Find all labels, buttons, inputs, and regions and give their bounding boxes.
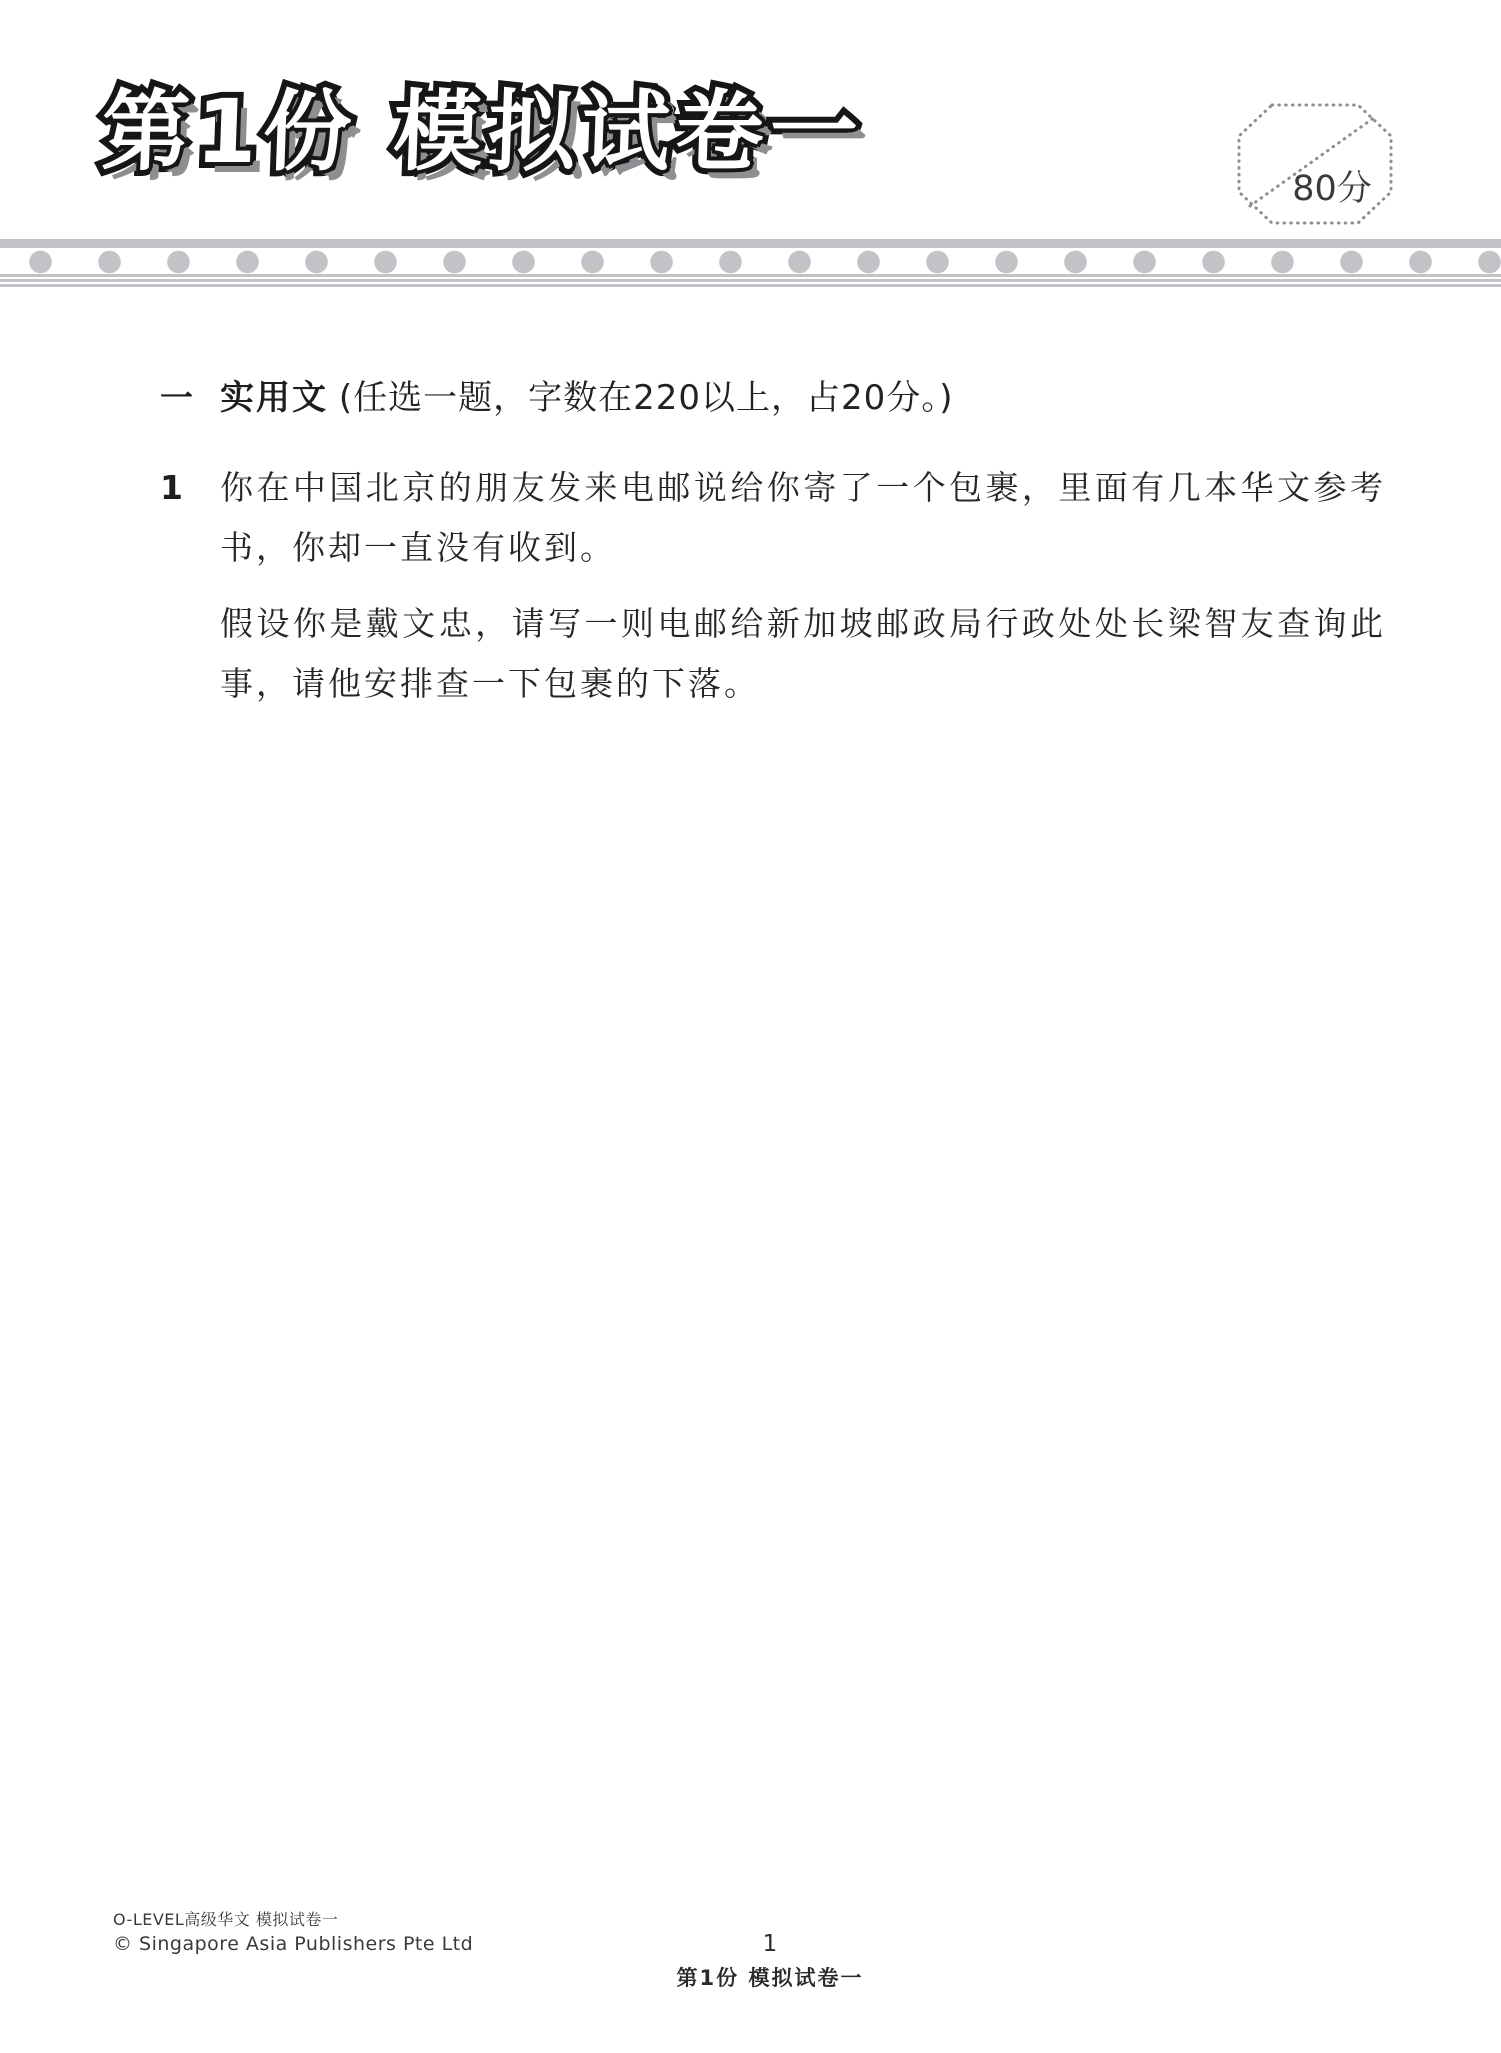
- page-title: 第1份 模拟试卷一: [100, 62, 866, 188]
- footer-section-label: 第1份 模拟试卷一: [677, 1962, 864, 1992]
- score-badge-label: 80分: [1292, 169, 1372, 209]
- section-number: 一: [160, 368, 220, 428]
- question-text: 你在中国北京的朋友发来电邮说给你寄了一个包裹，里面有几本华文参考书，你却一直没有…: [220, 458, 1386, 714]
- section-heading: 实用文 (任选一题，字数在220以上，占20分。): [220, 368, 954, 428]
- question-1: 1 你在中国北京的朋友发来电邮说给你寄了一个包裹，里面有几本华文参考书，你却一直…: [160, 458, 1386, 714]
- footer-copyright: © Singapore Asia Publishers Pte Ltd: [113, 1932, 473, 1956]
- footer-book-title: O-LEVEL高级华文 模拟试卷一: [113, 1908, 473, 1932]
- film-strip-bottom-stripes: [0, 274, 1501, 288]
- main-content: 一 实用文 (任选一题，字数在220以上，占20分。) 1 你在中国北京的朋友发…: [160, 368, 1386, 714]
- section-heading-title: 实用文: [220, 378, 328, 418]
- footer-left: O-LEVEL高级华文 模拟试卷一 © Singapore Asia Publi…: [113, 1908, 473, 1956]
- score-badge-outline-icon: 80分: [1234, 100, 1396, 228]
- film-strip-top-bar: [0, 239, 1501, 248]
- question-number: 1: [160, 458, 220, 518]
- score-badge: 80分: [1234, 100, 1396, 228]
- film-strip-decoration: [0, 239, 1501, 288]
- section-heading-row: 一 实用文 (任选一题，字数在220以上，占20分。): [160, 368, 1386, 428]
- section-heading-note: (任选一题，字数在220以上，占20分。): [339, 378, 954, 418]
- film-strip-circles: [0, 248, 1501, 274]
- question-paragraph-1: 你在中国北京的朋友发来电邮说给你寄了一个包裹，里面有几本华文参考书，你却一直没有…: [220, 458, 1386, 578]
- exam-paper-page: 第1份 模拟试卷一 80分 一 实用文 (任选一题，字数在220以上，占20分。…: [0, 0, 1501, 2053]
- page-number: 1: [763, 1931, 778, 1957]
- question-paragraph-2: 假设你是戴文忠，请写一则电邮给新加坡邮政局行政处处长梁智友查询此事，请他安排查一…: [220, 594, 1386, 714]
